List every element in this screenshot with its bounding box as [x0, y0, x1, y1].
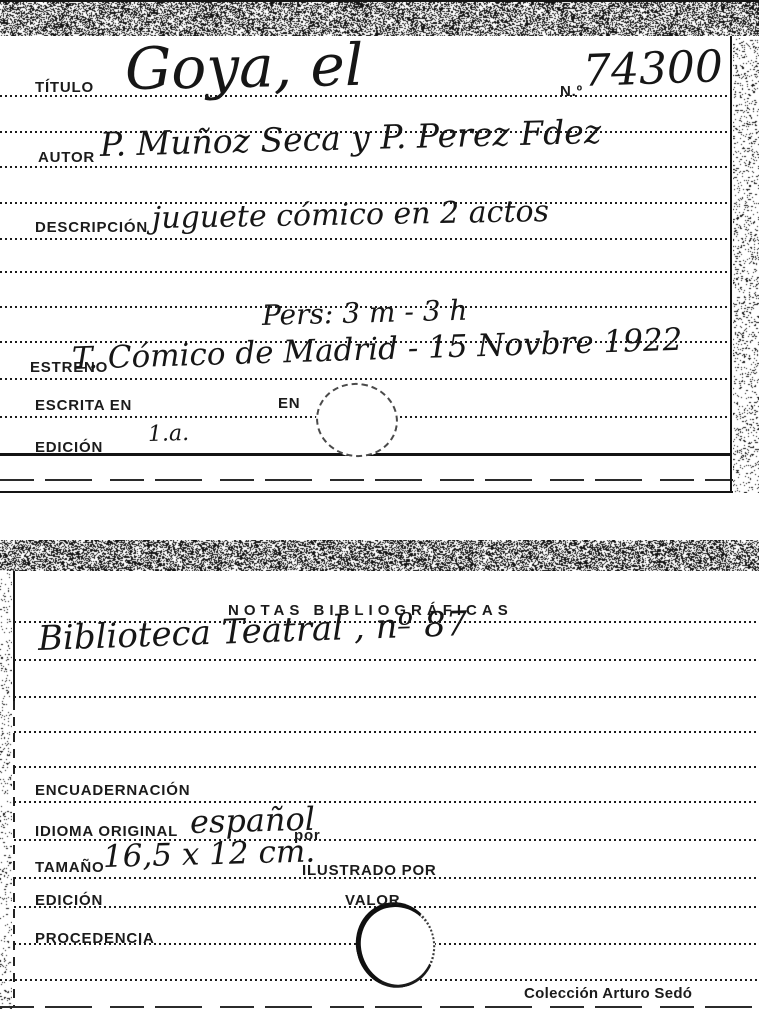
- escrita-en-label: ESCRITA EN: [35, 398, 132, 413]
- personajes-value: Pers: 3 m - 3 h: [262, 297, 468, 330]
- descripcion-value: juguete cómico en 2 actos: [152, 197, 549, 234]
- valor-label: VALOR: [345, 893, 400, 908]
- ruled-line: [0, 271, 731, 273]
- idioma-value: español: [190, 803, 316, 838]
- autor-label: AUTOR: [38, 150, 95, 165]
- ruled-line: [14, 766, 759, 768]
- top-band-rule: [0, 0, 759, 2]
- ruled-line: [14, 731, 759, 733]
- titulo-label: TÍTULO: [35, 80, 94, 95]
- estreno-value: T. Cómico de Madrid - 15 Novbre 1922: [72, 325, 683, 375]
- ruled-line: [14, 696, 759, 698]
- numero-value: 74300: [582, 45, 723, 94]
- card-bottom-broken-edge: [0, 1006, 759, 1008]
- ruled-line: [0, 238, 731, 240]
- card-right-edge: [730, 36, 732, 493]
- autor-value: P. Muñoz Seca y P. Perez Fdez: [100, 115, 602, 161]
- procedencia-label: PROCEDENCIA: [35, 931, 155, 946]
- card-left-edge: [13, 571, 15, 701]
- card-bottom-edge: [0, 491, 759, 493]
- coleccion-footer: Colección Arturo Sedó: [524, 986, 692, 1001]
- numero-label: N.º: [560, 84, 583, 99]
- card-left-edge-dashed: [13, 701, 15, 1008]
- descripcion-label: DESCRIPCIÓN: [35, 220, 148, 235]
- ruled-line: [0, 166, 731, 168]
- tamano-label: TAMAÑO: [35, 860, 105, 875]
- scan-noise-left-margin: [0, 571, 12, 1009]
- scan-noise-band-middle: [0, 540, 759, 571]
- ilustrado-por-label: ILUSTRADO POR: [302, 863, 437, 878]
- encuadernacion-label: ENCUADERNACIÓN: [35, 783, 190, 798]
- scan-noise-right-margin: [733, 38, 759, 493]
- scanned-catalog-card-page: TÍTULO N.º AUTOR DESCRIPCIÓN ESTRENO ESC…: [0, 0, 759, 1028]
- en-label: EN: [278, 396, 300, 411]
- edicion-label: EDICIÓN: [35, 440, 103, 455]
- edicion-label: EDICIÓN: [35, 893, 103, 908]
- stamp-icon: [311, 378, 403, 463]
- titulo-value: Goya, el: [124, 36, 363, 98]
- edicion-value: 1.a.: [148, 423, 190, 446]
- scan-noise-band-top: [0, 0, 759, 36]
- ruled-line: [14, 801, 759, 803]
- tamano-value: 16,5 x 12 cm.: [103, 836, 316, 873]
- notas-value: Biblioteca Teatral , nº 87: [37, 607, 468, 656]
- broken-rule: [0, 479, 745, 481]
- ruled-line: [14, 659, 759, 661]
- ruled-line: [0, 378, 731, 380]
